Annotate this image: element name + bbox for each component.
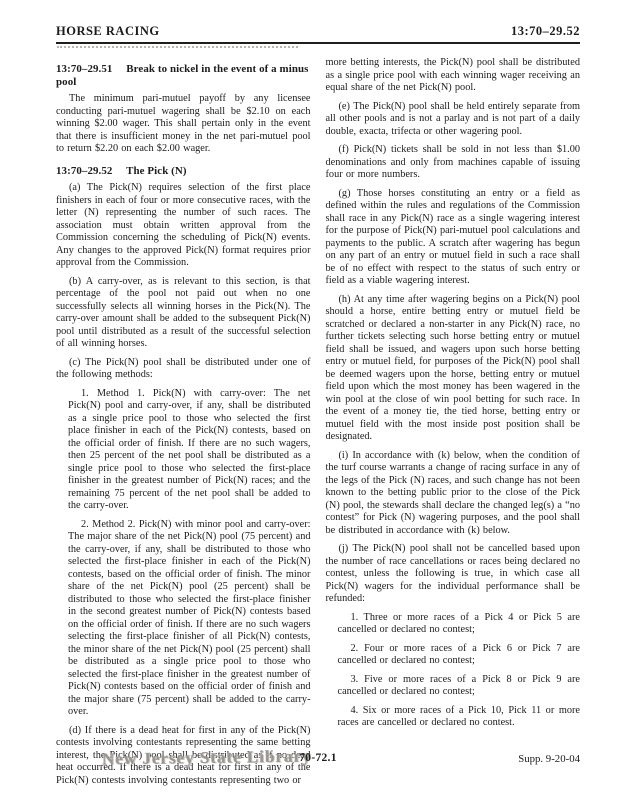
- page-footer: New Jersey State Library 70-72.1 Supp. 9…: [56, 747, 580, 783]
- section-heading-2951: 13:70–29.51 Break to nickel in the event…: [56, 63, 311, 88]
- two-column-body: 13:70–29.51 Break to nickel in the event…: [56, 57, 580, 793]
- paragraph-g: (g) Those horses constituting an entry o…: [326, 188, 581, 288]
- library-stamp: New Jersey State Library: [102, 747, 312, 770]
- paragraph-a: (a) The Pick(N) requires selection of th…: [56, 182, 311, 270]
- left-column: 13:70–29.51 Break to nickel in the event…: [56, 57, 311, 793]
- paragraph-c-method-1: 1. Method 1. Pick(N) with carry-over: Th…: [68, 388, 311, 513]
- section-number: 13:70–29.52: [56, 165, 112, 177]
- paragraph-f: (f) Pick(N) tickets shall be sold in not…: [326, 144, 581, 182]
- header-rule-scan-artifact: [57, 46, 298, 48]
- page-number: 70-72.1: [299, 752, 337, 764]
- page-header: HORSE RACING 13:70–29.52: [56, 24, 580, 44]
- paragraph-b: (b) A carry-over, as is relevant to this…: [56, 276, 311, 351]
- list-item-2: 2. Four or more races of a Pick 6 or Pic…: [338, 643, 581, 668]
- header-section-ref: 13:70–29.52: [511, 24, 580, 39]
- section-title: The Pick (N): [126, 165, 187, 177]
- document-page: HORSE RACING 13:70–29.52 13:70–29.51 Bre…: [0, 0, 622, 800]
- section-heading-2952: 13:70–29.52 The Pick (N): [56, 165, 311, 178]
- paragraph-2951-body: The minimum pari-mutuel payoff by any li…: [56, 93, 311, 156]
- paragraph-d-continued: more betting interests, the Pick(N) pool…: [326, 57, 581, 95]
- paragraph-h: (h) At any time after wagering begins on…: [326, 294, 581, 444]
- right-column: more betting interests, the Pick(N) pool…: [326, 57, 581, 793]
- section-number: 13:70–29.51: [56, 63, 112, 75]
- paragraph-c-intro: (c) The Pick(N) pool shall be distribute…: [56, 357, 311, 382]
- list-item-3: 3. Five or more races of a Pick 8 or Pic…: [338, 674, 581, 699]
- paragraph-j: (j) The Pick(N) pool shall not be cancel…: [326, 543, 581, 606]
- list-item-1: 1. Three or more races of a Pick 4 or Pi…: [338, 612, 581, 637]
- header-title: HORSE RACING: [56, 24, 160, 39]
- paragraph-i: (i) In accordance with (k) below, when t…: [326, 450, 581, 538]
- list-item-4: 4. Six or more races of a Pick 10, Pick …: [338, 705, 581, 730]
- supplement-date: Supp. 9-20-04: [518, 753, 580, 765]
- paragraph-e: (e) The Pick(N) pool shall be held entir…: [326, 101, 581, 139]
- paragraph-c-method-2: 2. Method 2. Pick(N) with minor pool and…: [68, 519, 311, 719]
